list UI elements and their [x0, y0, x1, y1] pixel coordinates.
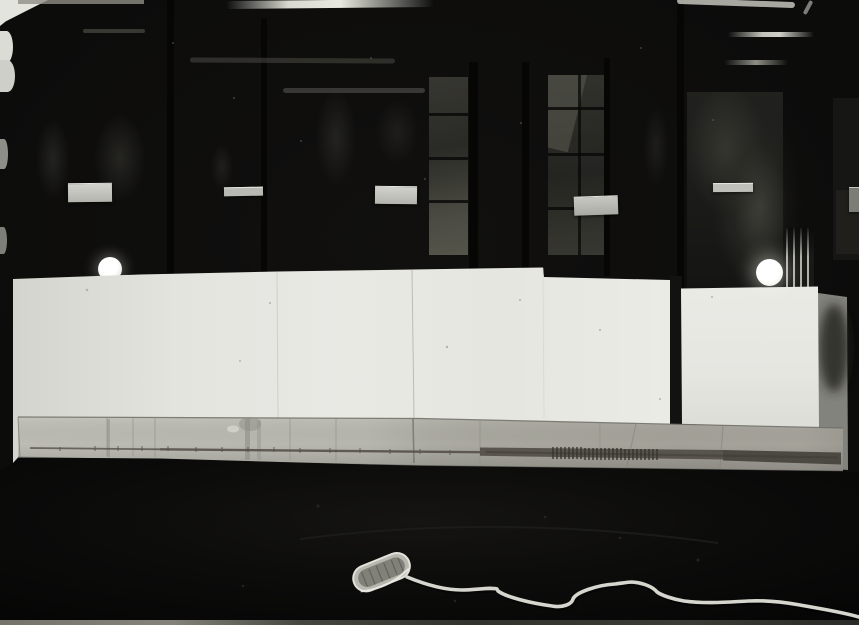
photograph — [0, 0, 859, 625]
photo-border-bottom — [0, 620, 859, 625]
exhibit-label-6 — [849, 187, 859, 212]
panel-gap — [669, 276, 682, 426]
photo-edge-artifact — [0, 31, 13, 63]
exhibit-label-2 — [224, 187, 263, 197]
scroll-stain — [107, 419, 110, 457]
display-panel-right — [681, 287, 819, 429]
scroll-highlight — [227, 426, 239, 433]
photo-edge-streak — [18, 0, 144, 4]
photo-edge-artifact — [0, 139, 8, 169]
exhibit-label-3 — [375, 186, 417, 204]
scroll-stain — [239, 417, 261, 431]
exhibit-label-1 — [68, 183, 112, 202]
side-panel-shadow — [819, 304, 849, 392]
photo-edge-artifact — [0, 227, 7, 254]
exhibit-label-4 — [574, 195, 619, 216]
display-scene — [0, 0, 859, 625]
exhibit-label-5 — [713, 183, 753, 192]
globe-lamp-right — [756, 259, 783, 286]
floor — [0, 458, 859, 625]
photo-edge-artifact — [0, 60, 15, 92]
